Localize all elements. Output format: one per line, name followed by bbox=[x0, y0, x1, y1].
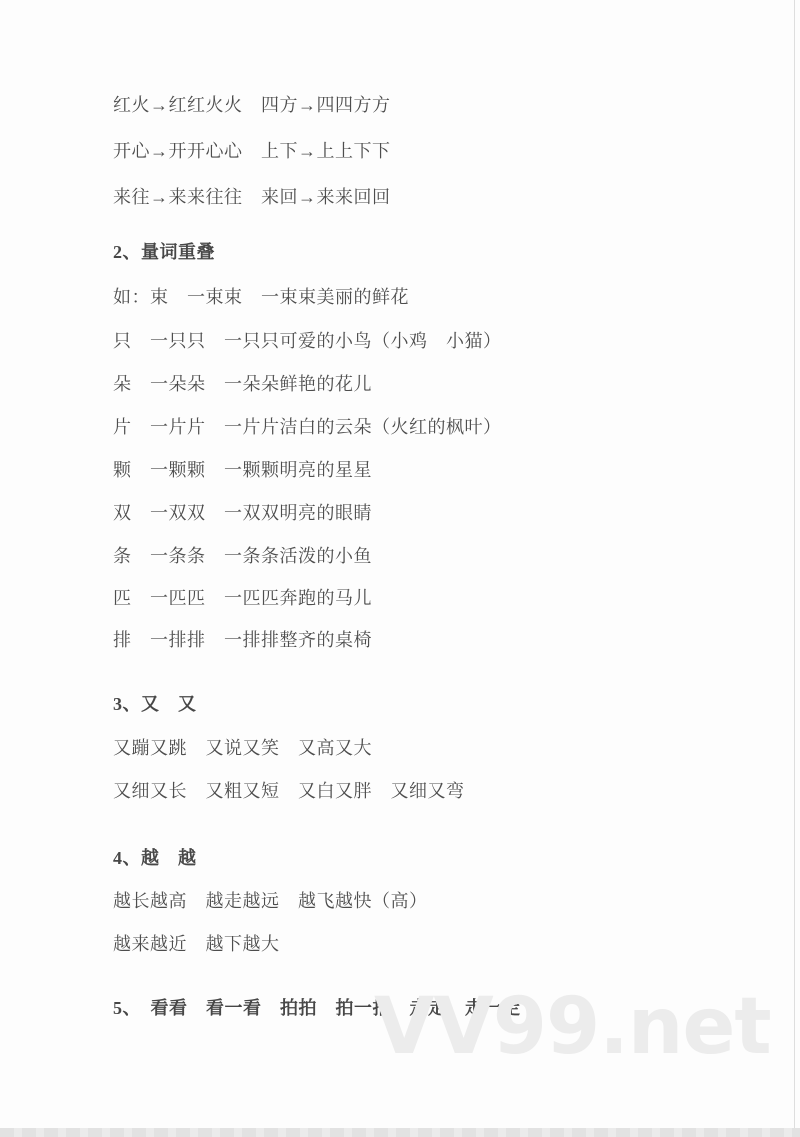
document-page: 红火→红红火火 四方→四四方方 开心→开开心心 上下→上上下下 来往→来来往往 … bbox=[0, 0, 800, 1137]
section-heading: 3、又 又 bbox=[113, 695, 197, 715]
page-edge-divider bbox=[794, 0, 795, 1137]
doc-line: 来往→来来往往 来回→来来回回 bbox=[113, 188, 391, 208]
doc-line: 越长越高 越走越远 越飞越快（高） bbox=[113, 892, 428, 912]
doc-line: 越来越近 越下越大 bbox=[113, 935, 280, 955]
doc-line: 如：束 一束束 一束束美丽的鲜花 bbox=[113, 288, 409, 308]
doc-line: 红火→红红火火 四方→四四方方 bbox=[113, 96, 391, 116]
section-heading: 2、量词重叠 bbox=[113, 243, 215, 263]
doc-line: 开心→开开心心 上下→上上下下 bbox=[113, 142, 391, 162]
doc-line: 片 一片片 一片片洁白的云朵（火红的枫叶） bbox=[113, 418, 502, 438]
page-bottom-edge bbox=[0, 1128, 800, 1137]
doc-line: 双 一双双 一双双明亮的眼睛 bbox=[113, 504, 372, 524]
doc-line: 匹 一匹匹 一匹匹奔跑的马儿 bbox=[113, 589, 372, 609]
doc-line: 朵 一朵朵 一朵朵鲜艳的花儿 bbox=[113, 375, 372, 395]
section-heading: 4、越 越 bbox=[113, 849, 197, 869]
watermark: VV99.net bbox=[374, 988, 771, 1066]
doc-line: 又细又长 又粗又短 又白又胖 又细又弯 bbox=[113, 782, 465, 802]
doc-line: 颗 一颗颗 一颗颗明亮的星星 bbox=[113, 461, 372, 481]
doc-line: 只 一只只 一只只可爱的小鸟（小鸡 小猫） bbox=[113, 332, 502, 352]
doc-line: 条 一条条 一条条活泼的小鱼 bbox=[113, 547, 372, 567]
doc-line: 排 一排排 一排排整齐的桌椅 bbox=[113, 631, 372, 651]
doc-line: 又蹦又跳 又说又笑 又高又大 bbox=[113, 739, 372, 759]
